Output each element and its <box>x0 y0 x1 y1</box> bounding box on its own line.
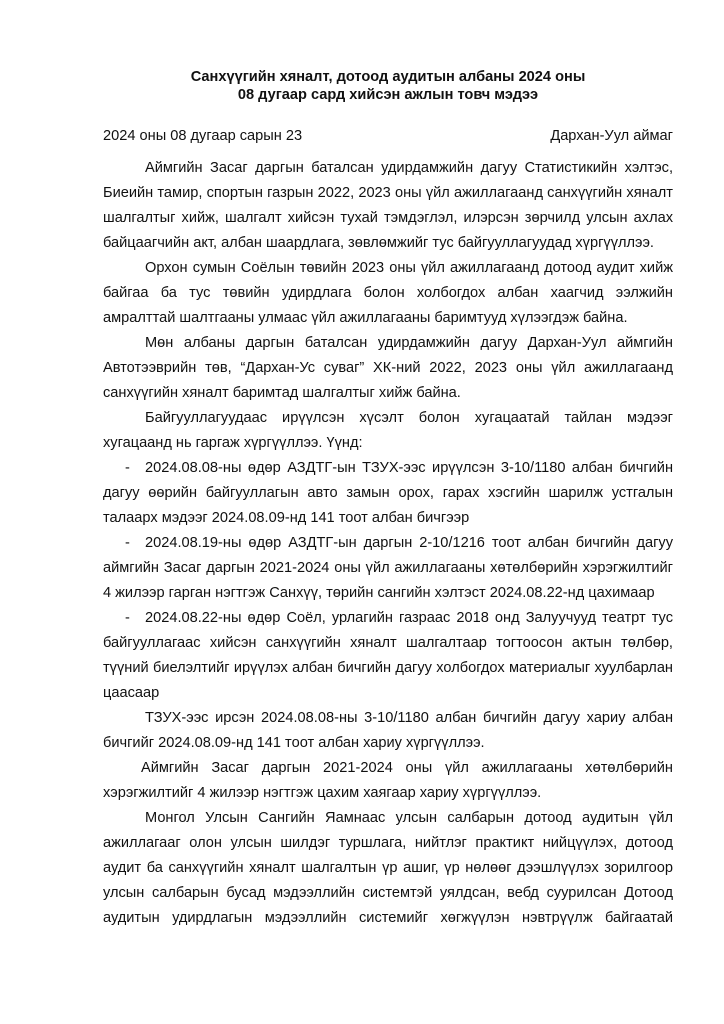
list-item-text: 2024.08.22-ны өдөр Соёл, урлагийн газраа… <box>103 610 673 701</box>
list-item-text: 2024.08.08-ны өдөр АЗДТГ-ын ТЗУХ-ээс ирү… <box>103 460 673 526</box>
document-title-line-1: Санхүүгийн хяналт, дотоод аудитын албаны… <box>103 68 673 86</box>
document-title-line-2: 08 дугаар сард хийсэн ажлын товч мэдээ <box>103 86 673 104</box>
document-body: Аймгийн Засаг даргын баталсан удирдамжий… <box>103 156 673 931</box>
document-meta: 2024 оны 08 дугаар сарын 23 Дархан-Уул а… <box>103 126 673 146</box>
bullet-dash: - <box>125 606 145 631</box>
paragraph-requests-intro: Байгууллагуудаас ирүүлсэн хүсэлт болон х… <box>103 406 673 456</box>
document-date: 2024 оны 08 дугаар сарын 23 <box>103 126 302 146</box>
list-item: -2024.08.22-ны өдөр Соёл, урлагийн газра… <box>103 606 673 706</box>
paragraph-tzuh-reply: ТЗУХ-ээс ирсэн 2024.08.08-ны 3-10/1180 а… <box>103 706 673 756</box>
paragraph-ministry-system: Монгол Улсын Сангийн Яамнаас улсын салба… <box>103 806 673 931</box>
bullet-dash: - <box>125 456 145 481</box>
bullet-dash: - <box>125 531 145 556</box>
document-location: Дархан-Уул аймаг <box>550 126 673 146</box>
document-page: Санхүүгийн хяналт, дотоод аудитын албаны… <box>103 68 673 931</box>
list-item: -2024.08.08-ны өдөр АЗДТГ-ын ТЗУХ-ээс ир… <box>103 456 673 531</box>
paragraph-financial-inspection: Аймгийн Засаг даргын баталсан удирдамжий… <box>103 156 673 256</box>
paragraph-orkhon-audit: Орхон сумын Соёлын төвийн 2023 оны үйл а… <box>103 256 673 331</box>
list-item: -2024.08.19-ны өдөр АЗДТГ-ын даргын 2-10… <box>103 531 673 606</box>
list-item-text: 2024.08.19-ны өдөр АЗДТГ-ын даргын 2-10/… <box>103 535 673 601</box>
paragraph-program-reply: Аймгийн Засаг даргын 2021-2024 оны үйл а… <box>103 756 673 806</box>
paragraph-darkhan-inspection: Мөн албаны даргын баталсан удирдамжийн д… <box>103 331 673 406</box>
